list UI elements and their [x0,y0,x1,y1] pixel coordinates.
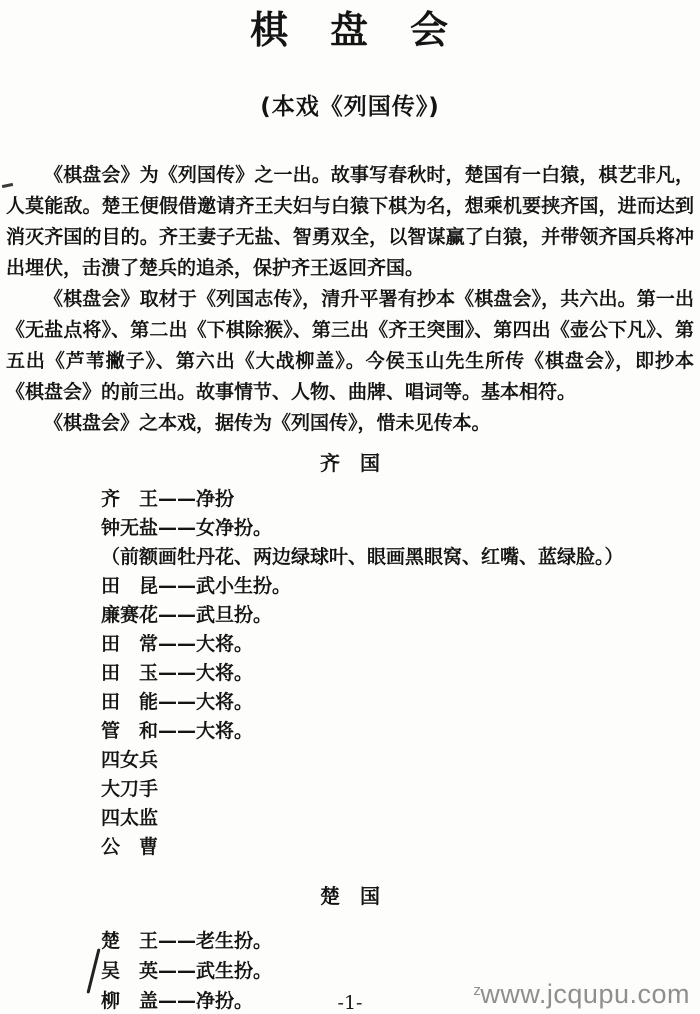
cast-line: 公 曹 [101,833,694,862]
cast-line: 大刀手 [101,775,694,804]
cast-line: 齐 王——净扮 [101,485,694,514]
document-page: 棋 盘 会 (本戏《列国传》) 《棋盘会》为《列国传》之一出。故事写春秋时，楚国… [0,0,700,1014]
cast-line: 田 常——大将。 [101,630,694,659]
cast-line: 楚 王——老生扮。 [101,926,694,956]
section-header-qi: 齐 国 [6,451,694,475]
body-paragraph: 《棋盘会》取材于《列国志传》，清升平署有抄本《棋盘会》，共六出。第一出《无盐点将… [6,284,694,408]
cast-note: （前额画牡丹花、两边绿球叶、眼画黑眼窝、红嘴、蓝绿脸。） [101,543,694,572]
cast-line: 田 玉——大将。 [101,659,694,688]
cast-line: 四太监 [101,804,694,833]
synopsis-block: 《棋盘会》为《列国传》之一出。故事写春秋时，楚国有一白猿，棋艺非凡，人莫能敌。楚… [6,160,694,439]
cast-list-qi: 齐 王——净扮 钟无盐——女净扮。 （前额画牡丹花、两边绿球叶、眼画黑眼窝、红嘴… [6,485,694,862]
page-title: 棋 盘 会 [6,8,694,52]
section-header-chu: 楚 国 [6,884,694,908]
cast-line: 管 和——大将。 [101,717,694,746]
cast-line: 廉赛花——武旦扮。 [101,601,694,630]
cast-line: 田 昆——武小生扮。 [101,572,694,601]
page-subtitle: (本戏《列国传》) [6,94,694,120]
cast-line: 钟无盐——女净扮。 [101,514,694,543]
watermark: zwww.jcqupu.com [473,979,690,1010]
cast-line: 田 能——大将。 [101,688,694,717]
watermark-url-text: www.jcqupu.com [480,979,690,1009]
body-paragraph: 《棋盘会》之本戏，据传为《列国传》，惜未见传本。 [6,408,694,439]
body-paragraph: 《棋盘会》为《列国传》之一出。故事写春秋时，楚国有一白猿，棋艺非凡，人莫能敌。楚… [6,160,694,284]
cast-line: 四女兵 [101,746,694,775]
